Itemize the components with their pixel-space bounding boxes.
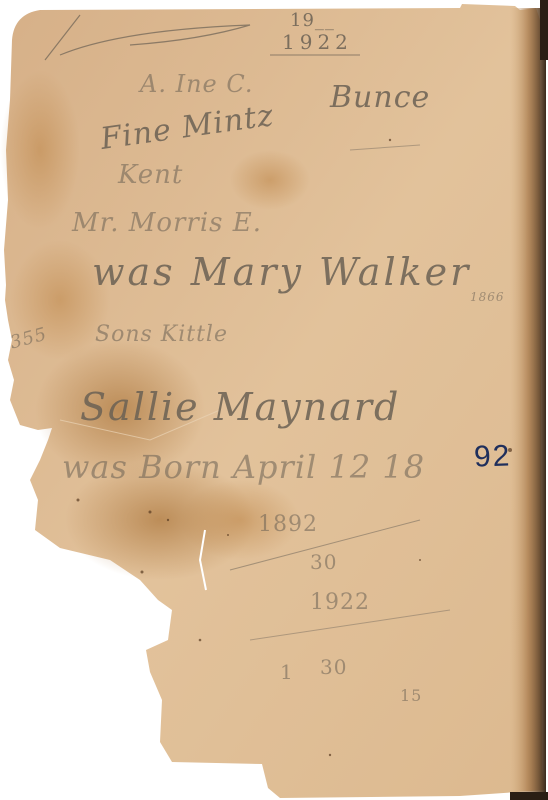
lower-figure: 1922 [310,590,370,615]
lower-figure: 1892 [258,512,318,537]
blue-ink-year-digits: 92 [473,439,512,474]
inscription-line-4: Mr. Morris E. [72,208,262,238]
inscription-line-5-small: 1866 [470,290,505,304]
lower-figure: 30 [310,550,337,574]
year-top: 19__ [290,10,335,31]
inscription-line-6: Sons Kittle [95,322,228,347]
year-bottom: 1922 [282,30,353,54]
inscription-line-7: Sallie Maynard [80,385,400,429]
lower-figure: 15 [400,686,422,705]
inscription-line-1-left: A. Ine C. [140,70,254,98]
inscription-line-5: was Mary Walker [92,250,471,294]
inscription-line-8: was Born April 12 18 [62,448,425,486]
lower-figure: 30 [320,655,347,679]
document-page: 19__ 1922 A. Ine C. Bunce Fine Mintz Ken… [0,0,548,800]
inscription-line-1-right: Bunce [330,80,430,115]
lower-figure: 1 [280,660,294,684]
inscription-line-3: Kent [118,160,183,190]
